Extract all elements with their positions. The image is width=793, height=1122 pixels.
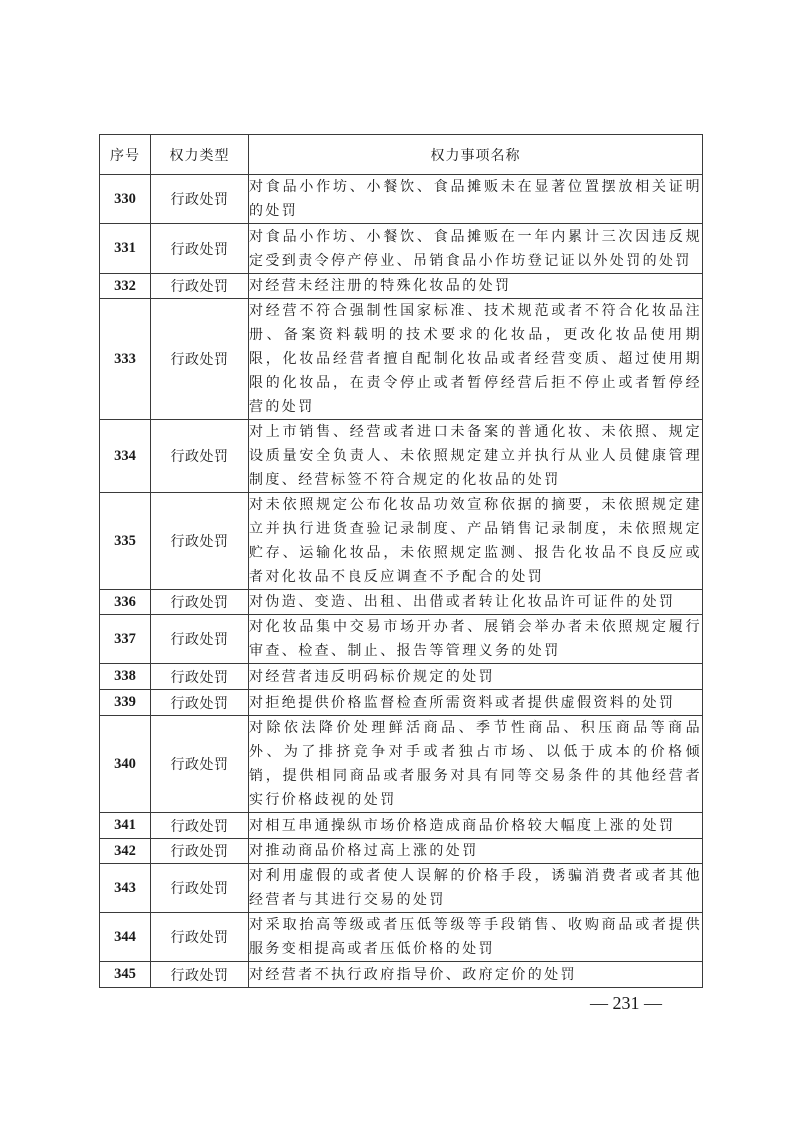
table-row: 337行政处罚对化妆品集中交易市场开办者、展销会举办者未依照规定履行审查、检查、…: [100, 615, 703, 664]
row-power-type: 行政处罚: [151, 913, 249, 962]
row-power-name: 对经营未经注册的特殊化妆品的处罚: [249, 274, 703, 299]
row-power-type: 行政处罚: [151, 493, 249, 590]
row-power-name: 对经营者违反明码标价规定的处罚: [249, 664, 703, 690]
header-seq: 序号: [100, 135, 151, 175]
row-power-type: 行政处罚: [151, 690, 249, 716]
row-seq: 345: [100, 962, 151, 988]
row-power-type: 行政处罚: [151, 664, 249, 690]
row-seq: 330: [100, 175, 151, 224]
table-row: 342行政处罚对推动商品价格过高上涨的处罚: [100, 839, 703, 864]
row-seq: 332: [100, 274, 151, 299]
row-power-name: 对伪造、变造、出租、出借或者转让化妆品许可证件的处罚: [249, 590, 703, 615]
document-page: 序号 权力类型 权力事项名称 330行政处罚对食品小作坊、小餐饮、食品摊贩未在显…: [0, 0, 793, 1122]
row-power-type: 行政处罚: [151, 864, 249, 913]
row-power-name: 对除依法降价处理鲜活商品、季节性商品、积压商品等商品外、为了排挤竞争对手或者独占…: [249, 716, 703, 813]
row-seq: 341: [100, 813, 151, 839]
table-row: 331行政处罚对食品小作坊、小餐饮、食品摊贩在一年内累计三次因违反规定受到责令停…: [100, 224, 703, 274]
table-row: 345行政处罚对经营者不执行政府指导价、政府定价的处罚: [100, 962, 703, 988]
table-row: 334行政处罚对上市销售、经营或者进口未备案的普通化妆、未依照、规定设质量安全负…: [100, 420, 703, 493]
table-row: 332行政处罚对经营未经注册的特殊化妆品的处罚: [100, 274, 703, 299]
row-seq: 339: [100, 690, 151, 716]
table-row: 340行政处罚对除依法降价处理鲜活商品、季节性商品、积压商品等商品外、为了排挤竞…: [100, 716, 703, 813]
row-seq: 342: [100, 839, 151, 864]
table-row: 343行政处罚对利用虚假的或者使人误解的价格手段，诱骗消费者或者其他经营者与其进…: [100, 864, 703, 913]
row-power-type: 行政处罚: [151, 590, 249, 615]
row-seq: 343: [100, 864, 151, 913]
table-row: 339行政处罚对拒绝提供价格监督检查所需资料或者提供虚假资料的处罚: [100, 690, 703, 716]
row-seq: 335: [100, 493, 151, 590]
row-seq: 340: [100, 716, 151, 813]
table-row: 335行政处罚对未依照规定公布化妆品功效宣称依据的摘要，未依照规定建立并执行进货…: [100, 493, 703, 590]
row-power-type: 行政处罚: [151, 175, 249, 224]
row-power-name: 对采取抬高等级或者压低等级等手段销售、收购商品或者提供服务变相提高或者压低价格的…: [249, 913, 703, 962]
table-row: 333行政处罚对经营不符合强制性国家标准、技术规范或者不符合化妆品注册、备案资料…: [100, 299, 703, 420]
row-power-name: 对拒绝提供价格监督检查所需资料或者提供虚假资料的处罚: [249, 690, 703, 716]
row-power-type: 行政处罚: [151, 615, 249, 664]
row-power-type: 行政处罚: [151, 962, 249, 988]
row-seq: 338: [100, 664, 151, 690]
power-items-table: 序号 权力类型 权力事项名称 330行政处罚对食品小作坊、小餐饮、食品摊贩未在显…: [99, 134, 703, 988]
header-name: 权力事项名称: [249, 135, 703, 175]
row-power-name: 对相互串通操纵市场价格造成商品价格较大幅度上涨的处罚: [249, 813, 703, 839]
row-power-type: 行政处罚: [151, 224, 249, 274]
row-power-type: 行政处罚: [151, 839, 249, 864]
row-power-name: 对利用虚假的或者使人误解的价格手段，诱骗消费者或者其他经营者与其进行交易的处罚: [249, 864, 703, 913]
row-power-name: 对推动商品价格过高上涨的处罚: [249, 839, 703, 864]
row-power-name: 对食品小作坊、小餐饮、食品摊贩在一年内累计三次因违反规定受到责令停产停业、吊销食…: [249, 224, 703, 274]
table-row: 336行政处罚对伪造、变造、出租、出借或者转让化妆品许可证件的处罚: [100, 590, 703, 615]
row-power-type: 行政处罚: [151, 299, 249, 420]
table-row: 338行政处罚对经营者违反明码标价规定的处罚: [100, 664, 703, 690]
table-row: 330行政处罚对食品小作坊、小餐饮、食品摊贩未在显著位置摆放相关证明的处罚: [100, 175, 703, 224]
header-type: 权力类型: [151, 135, 249, 175]
row-seq: 334: [100, 420, 151, 493]
row-seq: 337: [100, 615, 151, 664]
row-power-type: 行政处罚: [151, 716, 249, 813]
table-row: 344行政处罚对采取抬高等级或者压低等级等手段销售、收购商品或者提供服务变相提高…: [100, 913, 703, 962]
row-power-type: 行政处罚: [151, 420, 249, 493]
table-header-row: 序号 权力类型 权力事项名称: [100, 135, 703, 175]
row-seq: 336: [100, 590, 151, 615]
row-seq: 344: [100, 913, 151, 962]
row-power-name: 对化妆品集中交易市场开办者、展销会举办者未依照规定履行审查、检查、制止、报告等管…: [249, 615, 703, 664]
row-power-name: 对经营不符合强制性国家标准、技术规范或者不符合化妆品注册、备案资料载明的技术要求…: [249, 299, 703, 420]
row-power-type: 行政处罚: [151, 813, 249, 839]
table-row: 341行政处罚对相互串通操纵市场价格造成商品价格较大幅度上涨的处罚: [100, 813, 703, 839]
page-number: — 231 —: [590, 993, 662, 1014]
row-power-name: 对食品小作坊、小餐饮、食品摊贩未在显著位置摆放相关证明的处罚: [249, 175, 703, 224]
row-power-name: 对经营者不执行政府指导价、政府定价的处罚: [249, 962, 703, 988]
row-power-type: 行政处罚: [151, 274, 249, 299]
row-power-name: 对上市销售、经营或者进口未备案的普通化妆、未依照、规定设质量安全负责人、未依照规…: [249, 420, 703, 493]
row-seq: 333: [100, 299, 151, 420]
row-seq: 331: [100, 224, 151, 274]
row-power-name: 对未依照规定公布化妆品功效宣称依据的摘要，未依照规定建立并执行进货查验记录制度、…: [249, 493, 703, 590]
